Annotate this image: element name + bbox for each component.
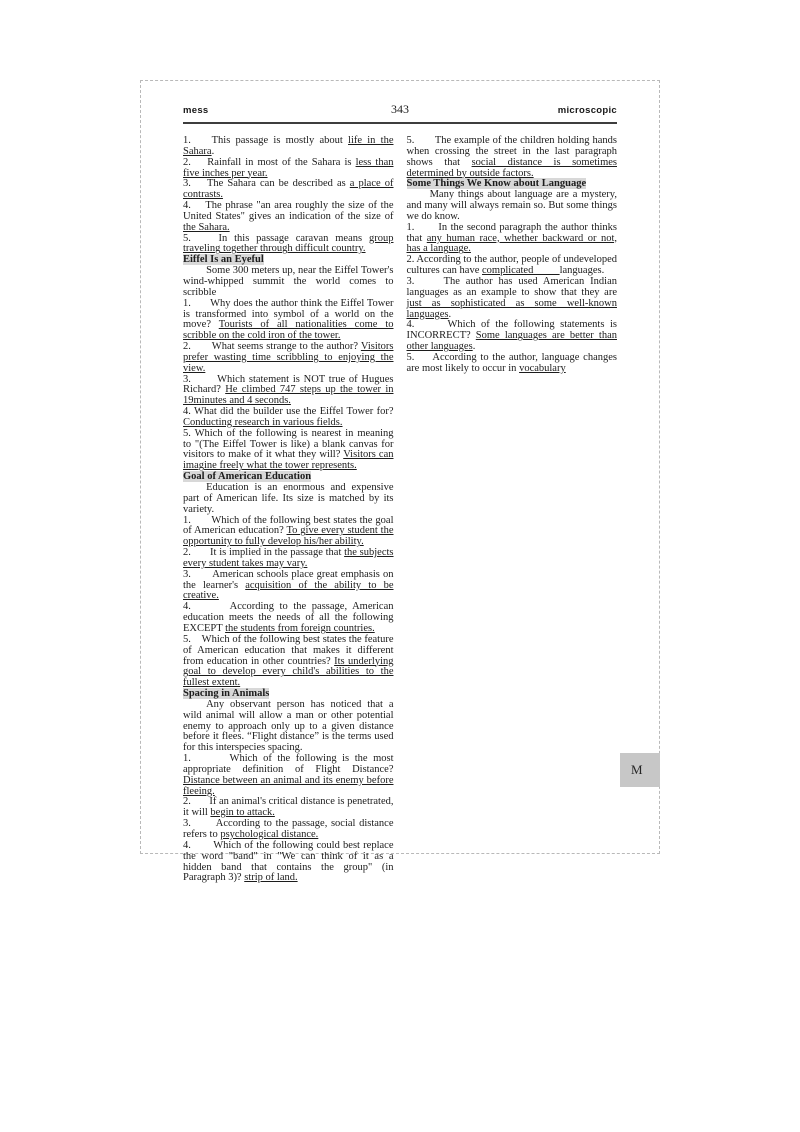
question-text: languages. [560, 265, 605, 276]
answer-underlined: the Sahara. [183, 222, 230, 233]
question-text: Some 300 meters up, near the Eiffel Towe… [183, 265, 394, 298]
question-text: Any observant person has noticed that a … [183, 699, 394, 753]
question-item: 2. It is implied in the passage that the… [183, 548, 394, 570]
question-item: 4. The phrase "an area roughly the size … [183, 201, 394, 234]
question-text: 1. This passage is mostly about [183, 135, 348, 146]
question-text: . [473, 341, 476, 352]
thumb-index-letter: M [631, 762, 643, 778]
right-column: 5. The example of the children holding h… [407, 136, 618, 884]
section-heading-text: Eiffel Is an Eyeful [183, 254, 264, 265]
intro-paragraph: Education is an enormous and expensive p… [183, 483, 394, 516]
guide-word-left: mess [183, 105, 328, 116]
section-heading-text: Goal of American Education [183, 471, 311, 482]
answer-underlined: strip of land. [244, 872, 297, 883]
page-content: mess 343 microscopic 1. This passage is … [183, 102, 617, 884]
question-text: 4. The phrase "an area roughly the size … [183, 200, 394, 222]
question-item: 2. What seems strange to the author? Vis… [183, 342, 394, 375]
question-item: 3. The Sahara can be described as a plac… [183, 179, 394, 201]
question-item: 1. Why does the author think the Eiffel … [183, 299, 394, 342]
question-item: 3. Which statement is NOT true of Hugues… [183, 375, 394, 408]
question-item: 3. According to the passage, social dist… [183, 819, 394, 841]
question-item: 1. This passage is mostly about life in … [183, 136, 394, 158]
left-column: 1. This passage is mostly about life in … [183, 136, 394, 884]
question-item: 1. In the second paragraph the author th… [407, 223, 618, 256]
guide-word-right: microscopic [472, 105, 617, 116]
question-text: 5. According to the author, language cha… [407, 352, 618, 374]
answer-underlined: the students from foreign countries. [225, 623, 375, 634]
answer-underlined: complicated [482, 265, 560, 276]
question-item: 4. Which of the following could best rep… [183, 841, 394, 884]
question-item: 5. The example of the children holding h… [407, 136, 618, 179]
answer-underlined: just as sophisticated as some well-known… [407, 298, 618, 320]
answer-underlined: Distance between an animal and its enemy… [183, 775, 394, 797]
answer-underlined: vocabulary [519, 363, 566, 374]
question-text: 1. Which of the following is the most ap… [183, 753, 394, 775]
question-item: 2. If an animal's critical distance is p… [183, 797, 394, 819]
document-page: mess 343 microscopic 1. This passage is … [140, 80, 660, 854]
question-item: 3. The author has used American Indian l… [407, 277, 618, 320]
question-text: 2. Rainfall in most of the Sahara is [183, 157, 356, 168]
question-item: 1. Which of the following best states th… [183, 516, 394, 549]
section-heading-text: Some Things We Know about Language [407, 178, 587, 189]
text-columns: 1. This passage is mostly about life in … [183, 136, 617, 884]
answer-underlined: begin to attack. [210, 807, 274, 818]
running-header: mess 343 microscopic [183, 102, 617, 117]
intro-paragraph: Some 300 meters up, near the Eiffel Towe… [183, 266, 394, 299]
intro-paragraph: Many things about language are a mystery… [407, 190, 618, 223]
question-item: 3. American schools place great emphasis… [183, 570, 394, 603]
answer-underlined: psychological distance. [220, 829, 318, 840]
question-item: 5. Which of the following is nearest in … [183, 429, 394, 472]
question-item: 5. Which of the following best states th… [183, 635, 394, 689]
thumb-index-tab-M: M [620, 753, 660, 787]
question-text: . [212, 146, 215, 157]
question-text: 5. In this passage caravan means [183, 233, 369, 244]
question-item: 5. In this passage caravan means group t… [183, 234, 394, 256]
section-heading-text: Spacing in Animals [183, 688, 269, 699]
intro-paragraph: Any observant person has noticed that a … [183, 700, 394, 754]
question-item: 1. Which of the following is the most ap… [183, 754, 394, 797]
question-text: 4. What did the builder use the Eiffel T… [183, 406, 394, 417]
question-text: Many things about language are a mystery… [407, 189, 618, 222]
question-item: 2. According to the author, people of un… [407, 255, 618, 277]
question-text: Education is an enormous and expensive p… [183, 482, 394, 515]
question-text: . [449, 309, 452, 320]
answer-underlined: Conducting research in various fields. [183, 417, 343, 428]
question-text: 2. What seems strange to the author? [183, 341, 361, 352]
question-text: 2. It is implied in the passage that [183, 547, 344, 558]
question-text: 3. The author has used American Indian l… [407, 276, 618, 298]
question-text: 3. The Sahara can be described as [183, 178, 350, 189]
question-item: 4. What did the builder use the Eiffel T… [183, 407, 394, 429]
page-number: 343 [328, 102, 473, 117]
question-item: 5. According to the author, language cha… [407, 353, 618, 375]
question-item: 2. Rainfall in most of the Sahara is les… [183, 158, 394, 180]
question-item: 4. According to the passage, American ed… [183, 602, 394, 635]
question-item: 4. Which of the following statements is … [407, 320, 618, 353]
header-rule [183, 122, 617, 124]
answer-underlined: any human race, whether backward or not,… [407, 233, 618, 255]
